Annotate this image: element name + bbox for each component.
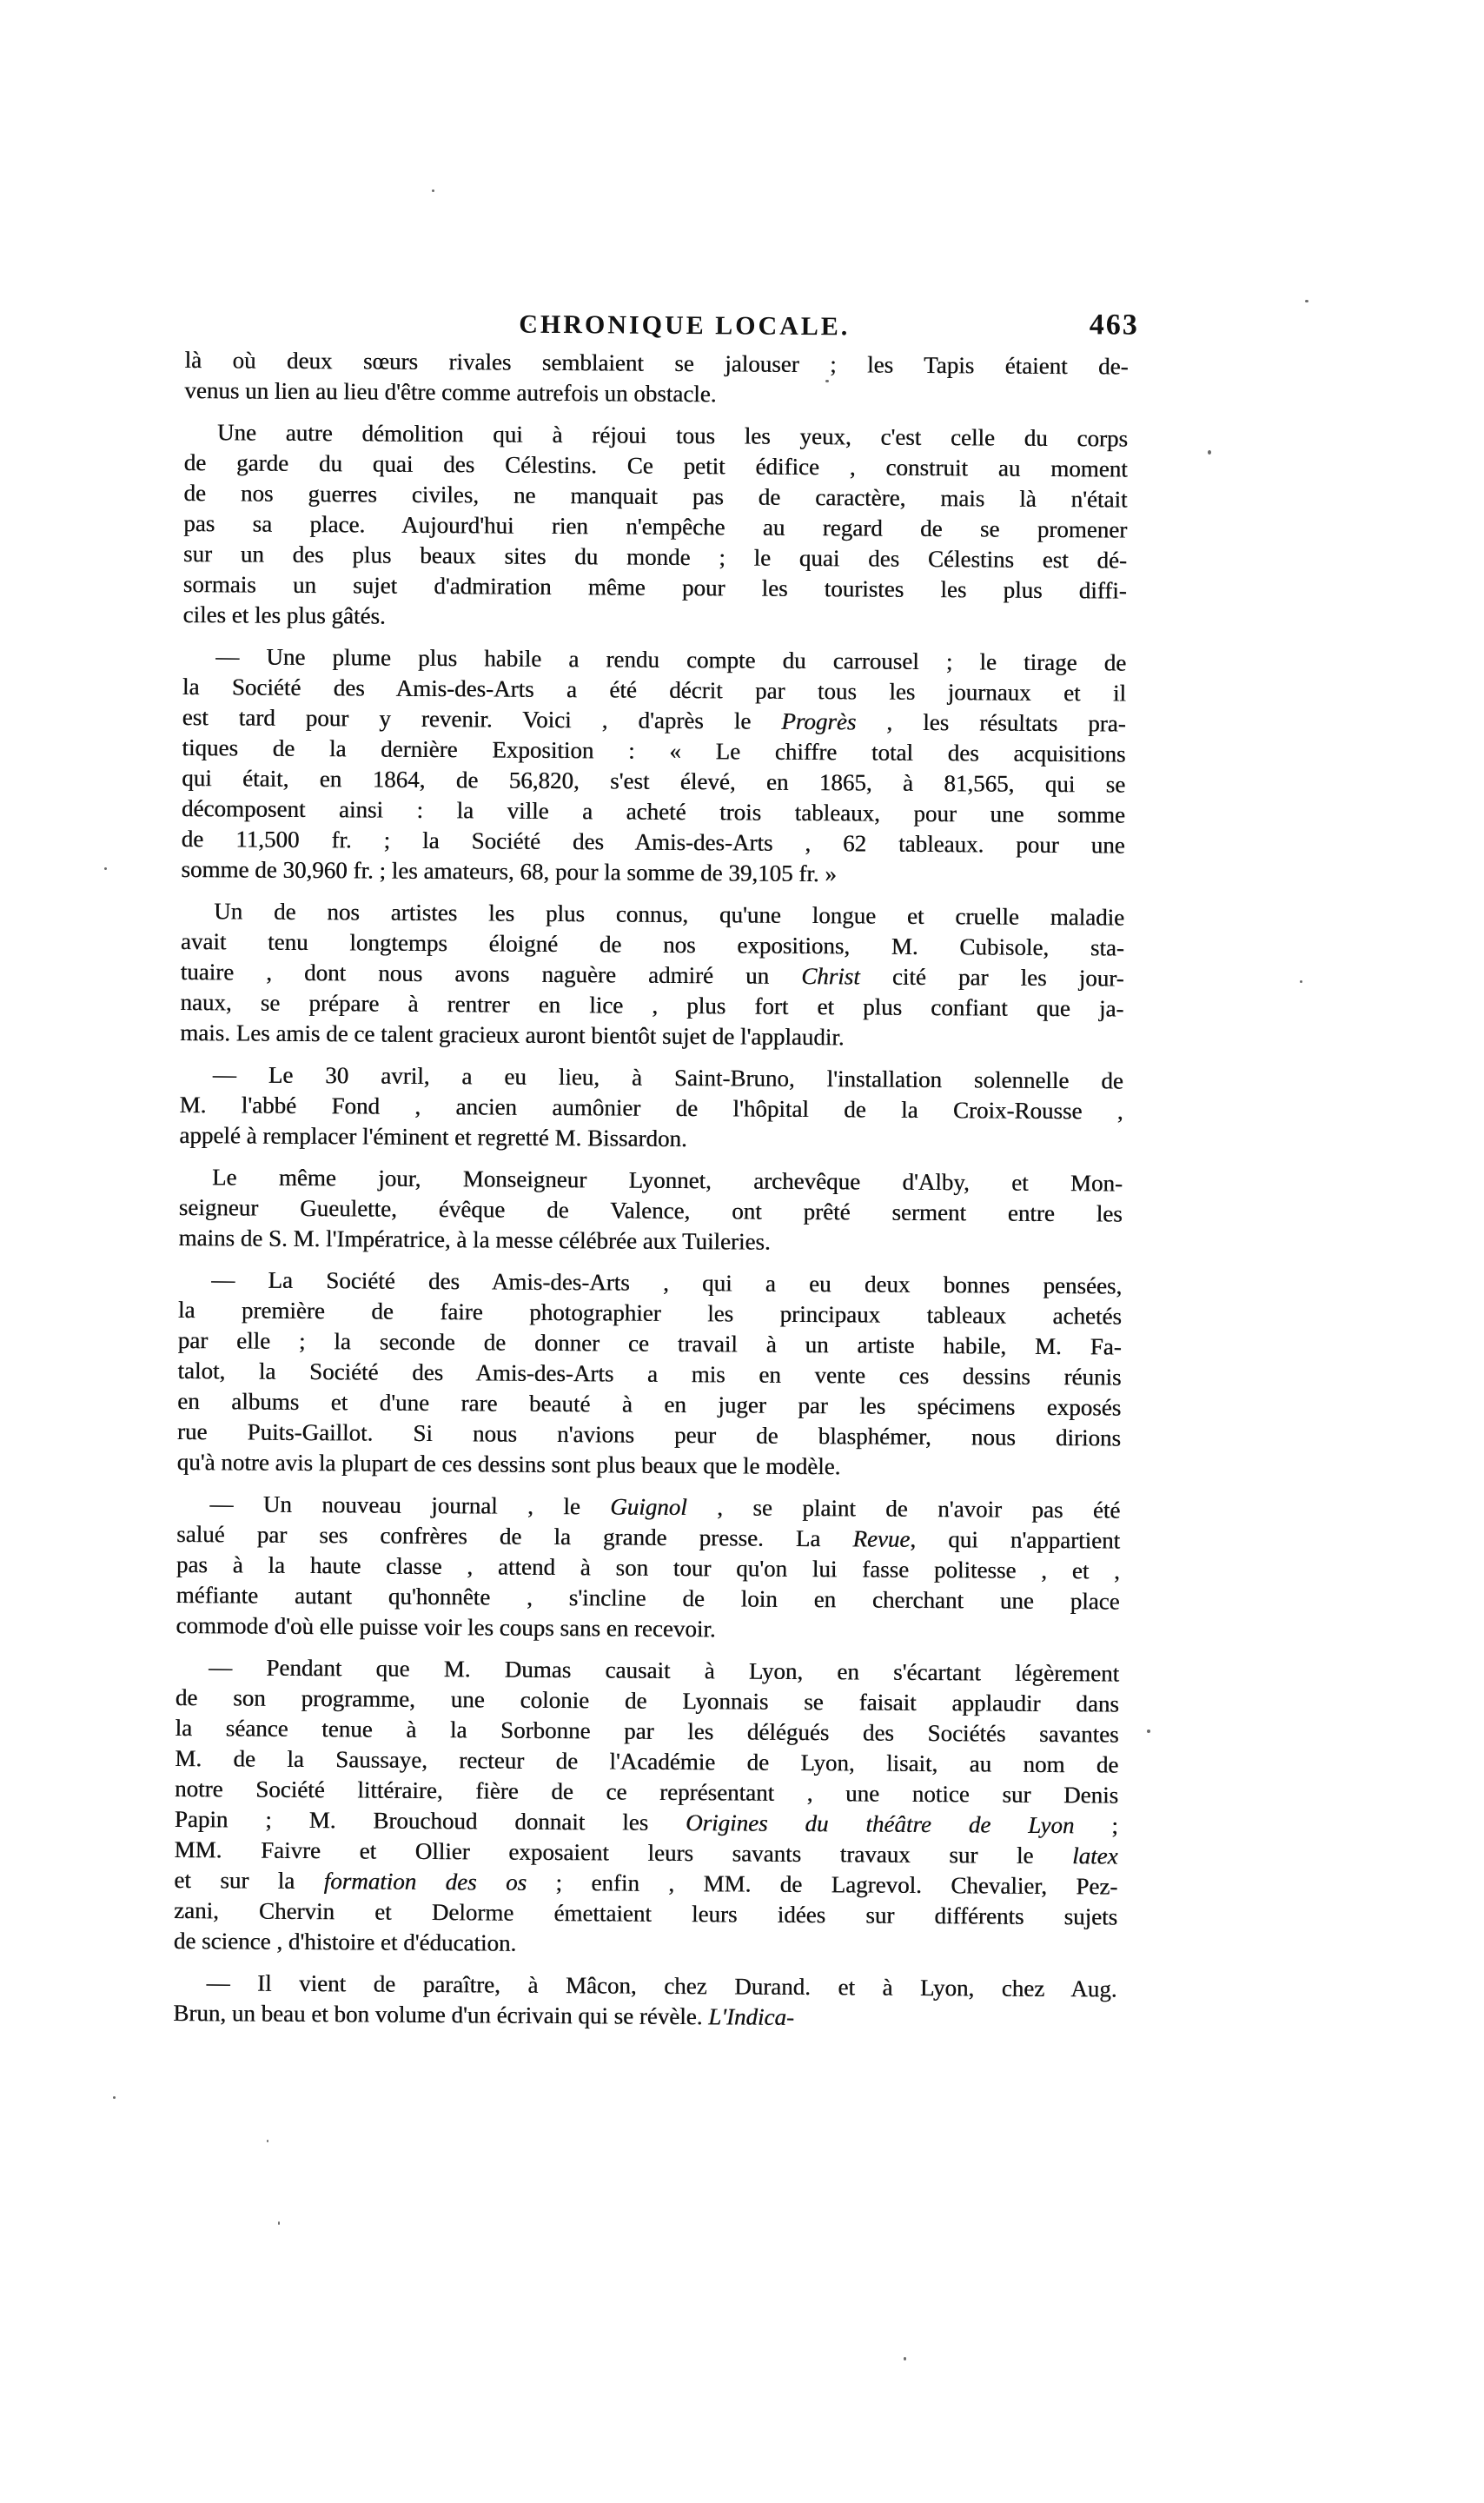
text-segment: de 11,500 fr. ; la Société des Amis-des-…	[182, 826, 1125, 859]
paragraph: — Il vient de paraître, à Mâcon, chez Du…	[173, 1968, 1116, 2035]
text-segment: — Pendant que M. Dumas causait à Lyon, e…	[209, 1654, 1119, 1686]
text-segment: sormais un sujet d'admiration même pour …	[183, 571, 1127, 604]
text-segment: avait tenu longtemps éloigné de nos expo…	[181, 928, 1124, 961]
text-segment: qu'à notre avis la plupart de ces dessin…	[177, 1449, 841, 1479]
text-segment: talot, la Société des Amis-des-Arts a mi…	[177, 1358, 1121, 1391]
text-segment: venus un lien au lieu d'être comme autre…	[184, 377, 716, 407]
scan-speck	[432, 189, 434, 192]
text-segment: ciles et les plus gâtés.	[182, 601, 385, 629]
paragraph: Un de nos artistes les plus connus, qu'u…	[180, 896, 1124, 1055]
text-segment: Un de nos artistes les plus connus, qu'u…	[214, 898, 1124, 930]
text-segment: méfiante autant qu'honnête , s'incline d…	[176, 1582, 1120, 1615]
paragraph: Le même jour, Monseigneur Lyonnet, arche…	[178, 1162, 1123, 1260]
text-segment: M. de la Saussaye, recteur de l'Académie…	[175, 1745, 1118, 1778]
text-segment: , les résultats pra-	[856, 708, 1126, 736]
text-segment: de son programme, une colonie de Lyonnai…	[176, 1684, 1119, 1717]
page-body: là où deux sœurs rivales semblaient se j…	[173, 345, 1128, 2035]
running-title: CHRONIQUE LOCALE.	[519, 310, 850, 342]
scan-speck	[904, 2357, 906, 2360]
text-segment: qui était, en 1864, de 56,820, s'est éle…	[182, 765, 1125, 798]
text-segment: Une autre démolition qui à réjoui tous l…	[217, 419, 1128, 451]
italic-text: formation des os	[324, 1868, 527, 1896]
text-segment: et sur la	[174, 1867, 324, 1894]
text-segment: de nos guerres civiles, ne manquait pas …	[183, 480, 1127, 513]
text-segment: ; enfin , MM. de Lagrevol. Chevalier, Pe…	[527, 1869, 1118, 1900]
text-segment: tuaire , dont nous avons naguère admiré …	[181, 959, 802, 989]
paragraph: — La Société des Amis-des-Arts , qui a e…	[177, 1265, 1123, 1484]
text-segment: M. l'abbé Fond , ancien aumônier de l'hô…	[179, 1092, 1123, 1125]
text-segment: appelé à remplacer l'éminent et regretté…	[179, 1122, 687, 1152]
text-segment: ;	[1074, 1812, 1118, 1838]
text-segment: Brun, un beau et bon volume d'un écrivai…	[173, 2000, 708, 2029]
text-segment: par elle ; la seconde de donner ce trava…	[178, 1327, 1122, 1360]
paragraph: — Un nouveau journal , le Guignol , se p…	[176, 1489, 1120, 1648]
text-segment: sur un des plus beaux sites du monde ; l…	[183, 541, 1127, 574]
text-segment: naux, se prépare à rentrer en lice , plu…	[180, 989, 1123, 1022]
scan-speck	[278, 2221, 280, 2225]
text-column: CHRONIQUE LOCALE. 463 là où deux sœurs r…	[173, 306, 1129, 2035]
paragraph: — Le 30 avril, a eu lieu, à Saint-Bruno,…	[179, 1059, 1123, 1158]
scan-speck	[1305, 300, 1308, 302]
text-segment: mais. Les amis de ce talent gracieux aur…	[180, 1019, 845, 1050]
text-segment: est tard pour y revenir. Voici , d'après…	[182, 704, 782, 734]
text-segment: en albums et d'une rare beauté à en juge…	[177, 1388, 1121, 1421]
scanned-page: CHRONIQUE LOCALE. 463 là où deux sœurs r…	[0, 0, 1484, 2503]
text-segment: de garde du quai des Célestins. Ce petit…	[184, 449, 1128, 482]
text-segment: seigneur Gueulette, évêque de Valence, o…	[179, 1194, 1123, 1227]
text-segment: de science , d'histoire et d'éducation.	[174, 1928, 517, 1956]
text-segment: — La Société des Amis-des-Arts , qui a e…	[211, 1266, 1122, 1298]
text-segment: décomposent ainsi : la ville a acheté tr…	[182, 795, 1125, 828]
italic-text: Progrès	[781, 708, 856, 735]
paragraph: — Pendant que M. Dumas causait à Lyon, e…	[174, 1652, 1119, 1963]
page-number: 463	[1090, 309, 1139, 342]
text-segment: mains de S. M. l'Impératrice, à la messe…	[178, 1225, 770, 1255]
scan-speck	[267, 2140, 268, 2142]
italic-text: Origines du théâtre de Lyon	[686, 1809, 1075, 1838]
scan-speck	[1147, 1730, 1150, 1733]
text-segment: tiques de la dernière Exposition : « Le …	[182, 734, 1125, 767]
text-segment: notre Société littéraire, fière de ce re…	[175, 1776, 1118, 1809]
scan-speck	[104, 867, 107, 870]
text-segment: — Le 30 avril, a eu lieu, à Saint-Bruno,…	[213, 1061, 1123, 1093]
page-header: CHRONIQUE LOCALE. 463	[185, 306, 1129, 351]
paragraph: Une autre démolition qui à réjoui tous l…	[182, 417, 1128, 637]
text-segment: commode d'où elle puisse voir les coups …	[176, 1612, 715, 1642]
text-segment: somme de 30,960 fr. ; les amateurs, 68, …	[181, 856, 837, 886]
text-segment: pas sa place. Aujourd'hui rien n'empêche…	[183, 510, 1127, 543]
scan-speck	[113, 2096, 116, 2099]
text-segment: là où deux sœurs rivales semblaient se j…	[184, 347, 1128, 380]
text-segment: — Il vient de paraître, à Mâcon, chez Du…	[206, 1969, 1116, 2002]
text-segment: pas à la haute classe , attend à son tou…	[176, 1551, 1120, 1584]
paragraph: là où deux sœurs rivales semblaient se j…	[184, 345, 1128, 413]
text-segment: cité par les jour-	[860, 963, 1124, 991]
text-segment: salué par ses confrères de la grande pre…	[176, 1521, 852, 1551]
scan-speck	[1208, 450, 1211, 455]
scan-speck	[1300, 980, 1302, 983]
italic-text: Revue	[852, 1525, 910, 1551]
paragraph: — Une plume plus habile a rendu compte d…	[181, 641, 1126, 892]
italic-text: latex	[1072, 1842, 1118, 1869]
text-segment: — Une plume plus habile a rendu compte d…	[215, 643, 1126, 675]
text-segment: Le même jour, Monseigneur Lyonnet, arche…	[212, 1164, 1123, 1196]
italic-text: L'Indica-	[708, 2003, 794, 2030]
text-segment: la première de faire photographier les p…	[178, 1297, 1122, 1330]
text-segment: — Un nouveau journal , le	[209, 1491, 610, 1519]
text-segment: la séance tenue à la Sorbonne par les dé…	[175, 1715, 1118, 1748]
text-segment: MM. Faivre et Ollier exposaient leurs sa…	[174, 1836, 1072, 1869]
text-segment: rue Puits-Gaillot. Si nous n'avions peur…	[177, 1418, 1121, 1451]
text-segment: la Société des Amis-des-Arts a été décri…	[182, 674, 1126, 707]
text-segment: , qui n'appartient	[910, 1526, 1120, 1554]
italic-text: Guignol	[610, 1493, 687, 1520]
text-segment: Papin ; M. Brouchoud donnait les	[175, 1806, 686, 1836]
text-segment: zani, Chervin et Delorme émettaient leur…	[174, 1897, 1117, 1930]
text-segment: , se plaint de n'avoir pas été	[687, 1494, 1121, 1523]
italic-text: Christ	[801, 963, 860, 989]
